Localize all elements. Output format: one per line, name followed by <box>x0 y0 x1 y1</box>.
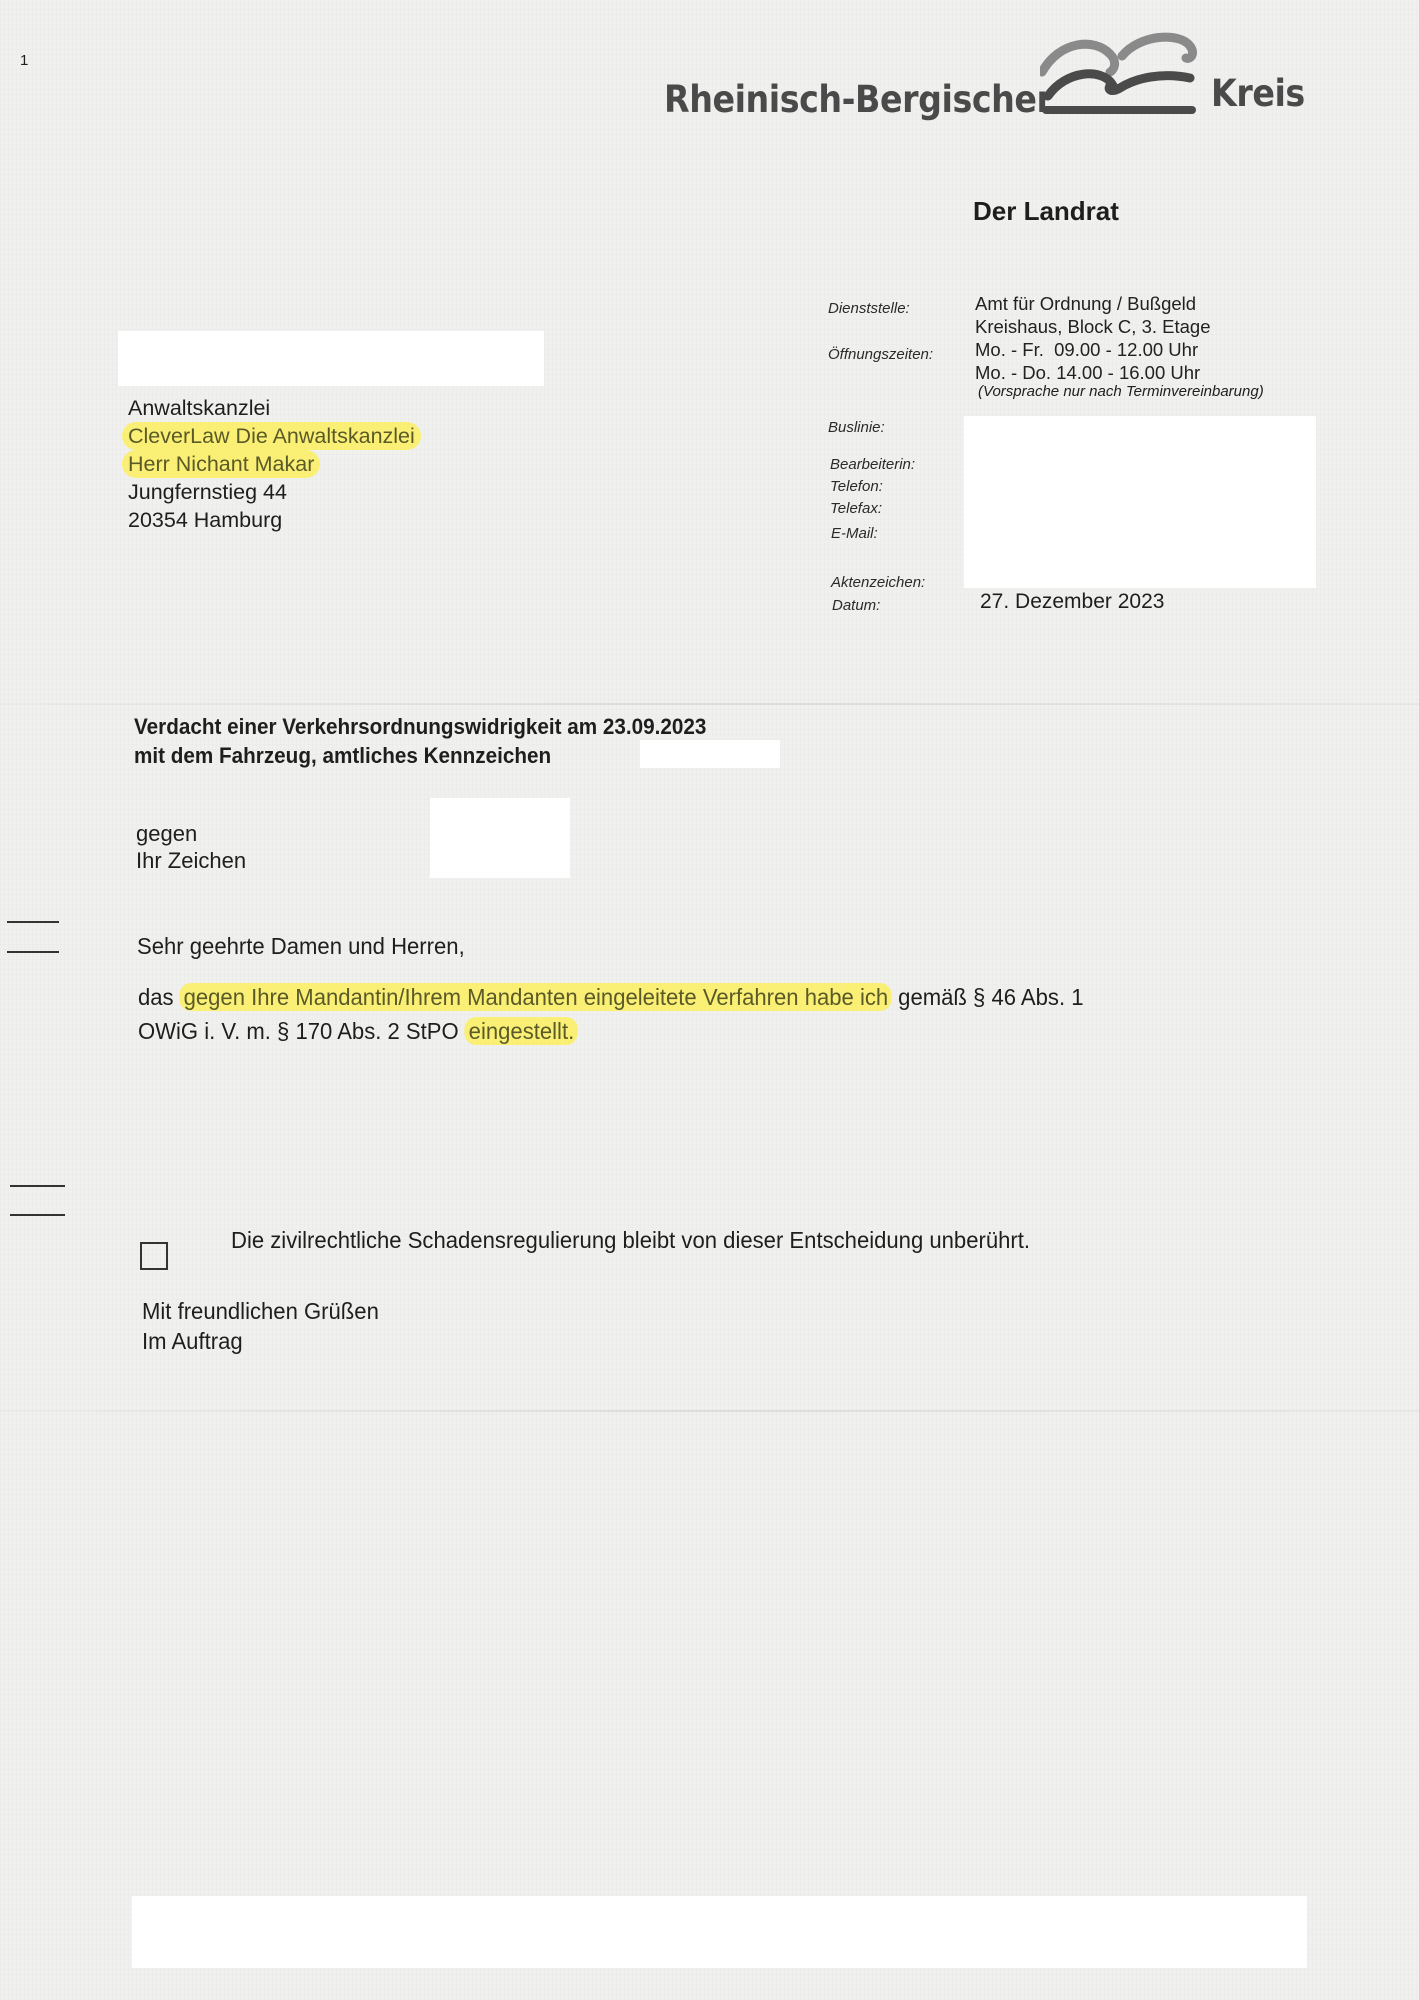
subject-line-2: mit dem Fahrzeug, amtliches Kennzeichen <box>134 741 706 770</box>
para-2-prefix: OWiG i. V. m. § 170 Abs. 2 StPO <box>138 1018 465 1044</box>
fold-mark <box>10 1185 65 1187</box>
closing-line-1: Mit freundlichen Grüßen <box>142 1296 379 1326</box>
civil-damages-checkbox[interactable] <box>140 1242 168 1270</box>
hours-line-1: Mo. - Fr. 09.00 - 12.00 Uhr <box>975 338 1200 361</box>
dienststelle-line-2: Kreishaus, Block C, 3. Etage <box>975 315 1210 338</box>
recipient-name-highlighted: Herr Nichant Makar <box>122 450 320 478</box>
fold-line <box>0 703 1419 705</box>
recipient-street: Jungfernstieg 44 <box>128 478 421 506</box>
recipient-city: 20354 Hamburg <box>128 506 421 534</box>
subject: Verdacht einer Verkehrsordnungswidrigkei… <box>134 712 706 770</box>
fold-mark <box>7 921 59 923</box>
decision-paragraph-line-1: das gegen Ihre Mandantin/Ihrem Mandanten… <box>138 981 1084 1013</box>
salutation: Sehr geehrte Damen und Herren, <box>137 930 465 962</box>
para-2-highlight: eingestellt. <box>465 1017 578 1045</box>
redacted-reference <box>430 798 570 878</box>
org-name-right: Kreis <box>1211 72 1305 115</box>
dienststelle-line-1: Amt für Ordnung / Bußgeld <box>975 292 1210 315</box>
telefax-label: Telefax: <box>830 500 882 517</box>
email-label: E-Mail: <box>831 525 878 542</box>
para-1-suffix: gemäß § 46 Abs. 1 <box>892 984 1083 1010</box>
datum-label: Datum: <box>832 597 880 614</box>
recipient-line-1: Anwaltskanzlei <box>128 394 421 422</box>
oeffnungszeiten-label: Öffnungszeiten: <box>828 346 933 363</box>
reference-block: gegen Ihr Zeichen <box>136 820 246 874</box>
buslinie-label: Buslinie: <box>828 419 885 436</box>
subject-line-1: Verdacht einer Verkehrsordnungswidrigkei… <box>134 712 706 741</box>
civil-damages-label: Die zivilrechtliche Schadensregulierung … <box>231 1224 1030 1256</box>
redacted-sender-line <box>118 331 544 386</box>
redacted-license-plate <box>640 740 780 768</box>
fold-line <box>0 1410 1419 1412</box>
closing: Mit freundlichen Grüßen Im Auftrag <box>142 1296 379 1356</box>
fold-mark <box>7 951 59 953</box>
bearbeiterin-label: Bearbeiterin: <box>830 456 915 473</box>
dienststelle-label: Dienststelle: <box>828 300 910 317</box>
recipient-address: Anwaltskanzlei CleverLaw Die Anwaltskanz… <box>128 394 421 534</box>
gegen-label: gegen <box>136 820 246 847</box>
hills-wave-logo-icon <box>1040 30 1200 120</box>
oeffnungszeiten-value: Mo. - Fr. 09.00 - 12.00 Uhr Mo. - Do. 14… <box>975 338 1200 384</box>
redacted-footer <box>132 1896 1307 1968</box>
letter-date: 27. Dezember 2023 <box>980 590 1164 614</box>
dienststelle-value: Amt für Ordnung / Bußgeld Kreishaus, Blo… <box>975 292 1210 338</box>
para-1-highlight: gegen Ihre Mandantin/Ihrem Mandanten ein… <box>180 983 892 1011</box>
para-1-prefix: das <box>138 984 180 1010</box>
hours-line-2: Mo. - Do. 14.00 - 16.00 Uhr <box>975 361 1200 384</box>
decision-paragraph-line-2: OWiG i. V. m. § 170 Abs. 2 StPO eingeste… <box>138 1015 578 1047</box>
telefon-label: Telefon: <box>830 478 883 495</box>
ihr-zeichen-label: Ihr Zeichen <box>136 847 246 874</box>
closing-line-2: Im Auftrag <box>142 1326 379 1356</box>
org-name-left: Rheinisch-Bergischer <box>664 78 1052 121</box>
recipient-firm-highlighted: CleverLaw Die Anwaltskanzlei <box>122 422 421 450</box>
letter-sender-title: Der Landrat <box>973 196 1119 227</box>
page-number: 1 <box>20 52 28 69</box>
redacted-contact-details <box>964 416 1316 588</box>
aktenzeichen-label: Aktenzeichen: <box>831 574 925 591</box>
appointment-note: (Vorsprache nur nach Terminvereinbarung) <box>978 383 1264 400</box>
fold-mark <box>10 1214 65 1216</box>
